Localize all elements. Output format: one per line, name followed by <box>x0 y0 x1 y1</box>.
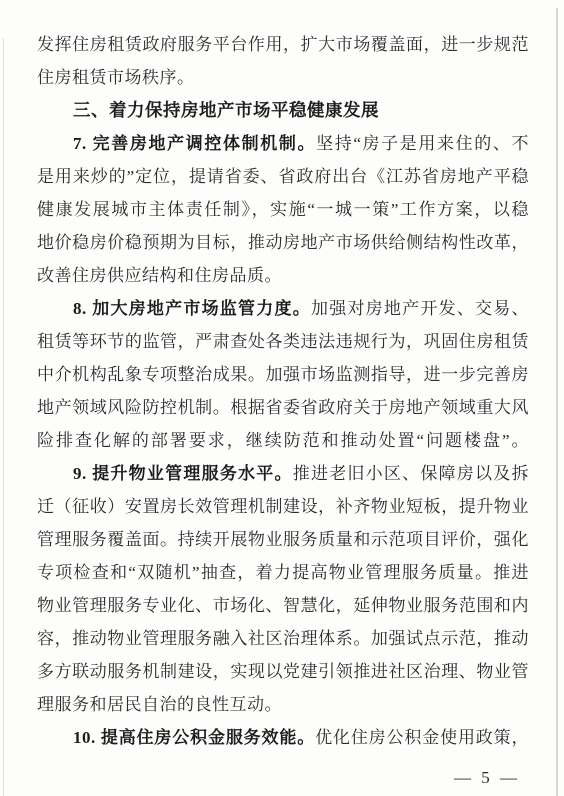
page-edge-line-right <box>556 8 558 796</box>
paragraph-text: 租赁等环节的监管，严肃查处各类违法违规行为，巩固住房租赁 <box>37 332 529 351</box>
paragraph-text: 推进老旧小区、保障房以及拆 <box>293 464 529 483</box>
text-line: 是用来炒的”定位，提请省委、省政府出台《江苏省房地产平稳 <box>37 160 529 193</box>
section-heading: 三、着力保持房地产市场平稳健康发展 <box>37 94 529 127</box>
text-line: 住房租赁市场秩序。 <box>37 61 529 94</box>
paragraph-text: 管理服务覆盖面。持续开展物业服务质量和示范项目评价，强化 <box>37 530 529 549</box>
page-number: — 5 — <box>454 768 520 788</box>
text-line: 理服务和居民自治的良性互动。 <box>37 688 529 721</box>
text-line: 健康发展城市主体责任制》，实施“一城一策”工作方案，以稳 <box>37 193 529 226</box>
paragraph-text: 坚持“房子是用来住的、不 <box>316 134 529 153</box>
paragraph-text: 住房租赁市场秩序。 <box>37 68 195 87</box>
paragraph-text: 多方联动服务机制建设，实现以党建引领推进社区治理、物业管 <box>37 662 529 681</box>
paragraph-text: 专项检查和“双随机”抽查，着力提高物业管理服务质量。推进 <box>37 563 529 582</box>
paragraph-text: 地产领域风险防控机制。根据省委省政府关于房地产领域重大风 <box>37 398 529 417</box>
paragraph-text: 是用来炒的”定位，提请省委、省政府出台《江苏省房地产平稳 <box>37 167 529 186</box>
text-line: 租赁等环节的监管，严肃查处各类违法违规行为，巩固住房租赁 <box>37 325 529 358</box>
text-line: 中介机构乱象专项整治成果。加强市场监测指导，进一步完善房 <box>37 358 529 391</box>
text-line: 10. 提高住房公积金服务效能。优化住房公积金使用政策， <box>37 721 529 754</box>
text-line: 管理服务覆盖面。持续开展物业服务质量和示范项目评价，强化 <box>37 523 529 556</box>
text-line: 物业管理服务专业化、市场化、智慧化，延伸物业服务范围和内 <box>37 589 529 622</box>
text-line: 容，推动物业管理服务融入社区治理体系。加强试点示范，推动 <box>37 622 529 655</box>
paragraph-text: 险排查化解的部署要求，继续防范和推动处置“问题楼盘”。 <box>37 431 529 450</box>
text-line: 多方联动服务机制建设，实现以党建引领推进社区治理、物业管 <box>37 655 529 688</box>
paragraph-text: 健康发展城市主体责任制》，实施“一城一策”工作方案，以稳 <box>37 200 529 219</box>
text-line: 改善住房供应结构和住房品质。 <box>37 259 529 292</box>
text-line: 8. 加大房地产市场监管力度。加强对房地产开发、交易、 <box>37 292 529 325</box>
document-body: 发挥住房租赁政府服务平台作用，扩大市场覆盖面，进一步规范住房租赁市场秩序。三、着… <box>37 28 529 754</box>
text-line: 9. 提升物业管理服务水平。推进老旧小区、保障房以及拆 <box>37 457 529 490</box>
text-line: 专项检查和“双随机”抽查，着力提高物业管理服务质量。推进 <box>37 556 529 589</box>
text-line: 险排查化解的部署要求，继续防范和推动处置“问题楼盘”。 <box>37 424 529 457</box>
document-page: 发挥住房租赁政府服务平台作用，扩大市场覆盖面，进一步规范住房租赁市场秩序。三、着… <box>0 0 564 796</box>
paragraph-text: 迁（征收）安置房长效管理机制建设，补齐物业短板，提升物业 <box>37 497 529 516</box>
paragraph-text: 理服务和居民自治的良性互动。 <box>37 695 282 714</box>
paragraph-lead-text: 10. 提高住房公积金服务效能。 <box>73 728 315 747</box>
paragraph-text: 物业管理服务专业化、市场化、智慧化，延伸物业服务范围和内 <box>37 596 529 615</box>
paragraph-text: 容，推动物业管理服务融入社区治理体系。加强试点示范，推动 <box>37 629 529 648</box>
paragraph-text: 加强对房地产开发、交易、 <box>311 299 529 318</box>
text-line: 7. 完善房地产调控体制机制。坚持“房子是用来住的、不 <box>37 127 529 160</box>
paragraph-lead-text: 三、着力保持房地产市场平稳健康发展 <box>73 100 379 120</box>
paragraph-text: 地价稳房价稳预期为目标，推动房地产市场供给侧结构性改革， <box>37 233 529 252</box>
paragraph-lead-text: 9. 提升物业管理服务水平。 <box>73 464 293 483</box>
paragraph-text: 发挥住房租赁政府服务平台作用，扩大市场覆盖面，进一步规范 <box>37 35 529 54</box>
page-edge-line-left <box>3 38 4 796</box>
text-line: 地价稳房价稳预期为目标，推动房地产市场供给侧结构性改革， <box>37 226 529 259</box>
paragraph-text: 改善住房供应结构和住房品质。 <box>37 266 282 285</box>
paragraph-text: 中介机构乱象专项整治成果。加强市场监测指导，进一步完善房 <box>37 365 529 384</box>
text-line: 发挥住房租赁政府服务平台作用，扩大市场覆盖面，进一步规范 <box>37 28 529 61</box>
text-line: 地产领域风险防控机制。根据省委省政府关于房地产领域重大风 <box>37 391 529 424</box>
paragraph-lead-text: 7. 完善房地产调控体制机制。 <box>73 134 316 153</box>
paragraph-text: 优化住房公积金使用政策， <box>315 728 529 747</box>
text-line: 迁（征收）安置房长效管理机制建设，补齐物业短板，提升物业 <box>37 490 529 523</box>
paragraph-lead-text: 8. 加大房地产市场监管力度。 <box>73 299 311 318</box>
